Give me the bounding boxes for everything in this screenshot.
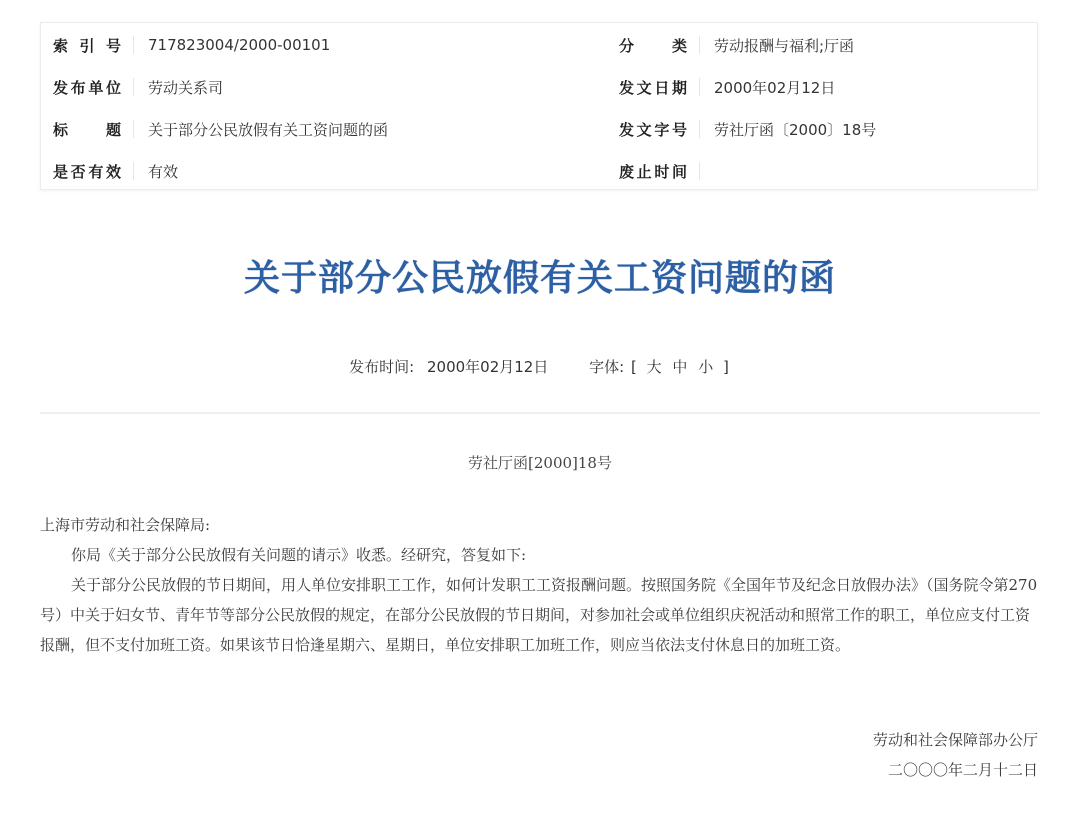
meta-value: 劳动报酬与福利;厅函 (714, 35, 854, 56)
meta-separator (133, 36, 134, 54)
meta-issue-date: 发文日期 2000年02月12日 (619, 66, 835, 108)
meta-label: 发文字号 (619, 119, 687, 140)
signature-organization: 劳动和社会保障部办公厅 (873, 725, 1038, 755)
meta-value: 劳社厅函〔2000〕18号 (714, 119, 876, 140)
document-title: 关于部分公民放假有关工资问题的函 (0, 250, 1080, 301)
meta-separator (133, 78, 134, 96)
font-size-control: 字体: [ 大 中 小 ] (589, 358, 731, 376)
font-size-small-button[interactable]: 小 (698, 358, 713, 376)
meta-validity: 是否有效 有效 (53, 150, 178, 192)
meta-label: 发文日期 (619, 77, 687, 98)
publish-time-label: 发布时间: (349, 358, 414, 376)
font-size-label: 字体: (589, 358, 624, 376)
body-paragraph: 你局《关于部分公民放假有关问题的请示》收悉。经研究，答复如下: (40, 540, 1040, 570)
meta-issuing-unit: 发布单位 劳动关系司 (53, 66, 223, 108)
meta-value: 有效 (148, 161, 178, 182)
meta-separator (699, 78, 700, 96)
meta-separator (699, 36, 700, 54)
meta-value: 2000年02月12日 (714, 77, 835, 98)
meta-separator (699, 162, 700, 180)
meta-category: 分 类 劳动报酬与福利;厅函 (619, 24, 854, 66)
meta-repeal-date: 废止时间 (619, 150, 714, 192)
document-number: 劳社厅函[2000]18号 (0, 452, 1080, 473)
meta-value: 717823004/2000-00101 (148, 36, 330, 54)
document-body: 上海市劳动和社会保障局: 你局《关于部分公民放假有关问题的请示》收悉。经研究，答… (40, 510, 1040, 660)
meta-document-number: 发文字号 劳社厅函〔2000〕18号 (619, 108, 876, 150)
meta-value: 关于部分公民放假有关工资问题的函 (148, 119, 388, 140)
document-metadata-panel: 索 引 号 717823004/2000-00101 发布单位 劳动关系司 标 … (40, 22, 1038, 190)
font-size-large-button[interactable]: 大 (647, 358, 662, 376)
meta-label: 标 题 (53, 119, 121, 140)
publish-date: 2000年02月12日 (427, 358, 548, 376)
meta-value: 劳动关系司 (148, 77, 223, 98)
meta-label: 是否有效 (53, 161, 121, 182)
signature-block: 劳动和社会保障部办公厅 二〇〇〇年二月十二日 (873, 725, 1038, 785)
meta-separator (133, 120, 134, 138)
meta-label: 索 引 号 (53, 35, 121, 56)
meta-title: 标 题 关于部分公民放假有关工资问题的函 (53, 108, 388, 150)
recipient: 上海市劳动和社会保障局: (40, 510, 1040, 540)
meta-label: 发布单位 (53, 77, 121, 98)
publish-info-bar: 发布时间: 2000年02月12日 字体: [ 大 中 小 ] (0, 356, 1080, 377)
bracket-close: ] (723, 358, 729, 376)
bracket-open: [ (631, 358, 637, 376)
meta-index-number: 索 引 号 717823004/2000-00101 (53, 24, 330, 66)
signature-date: 二〇〇〇年二月十二日 (873, 755, 1038, 785)
content-divider (40, 412, 1040, 414)
meta-label: 废止时间 (619, 161, 687, 182)
body-paragraph: 关于部分公民放假的节日期间，用人单位安排职工工作，如何计发职工工资报酬问题。按照… (40, 570, 1040, 660)
meta-separator (133, 162, 134, 180)
font-size-medium-button[interactable]: 中 (672, 358, 687, 376)
meta-label: 分 类 (619, 35, 687, 56)
meta-separator (699, 120, 700, 138)
